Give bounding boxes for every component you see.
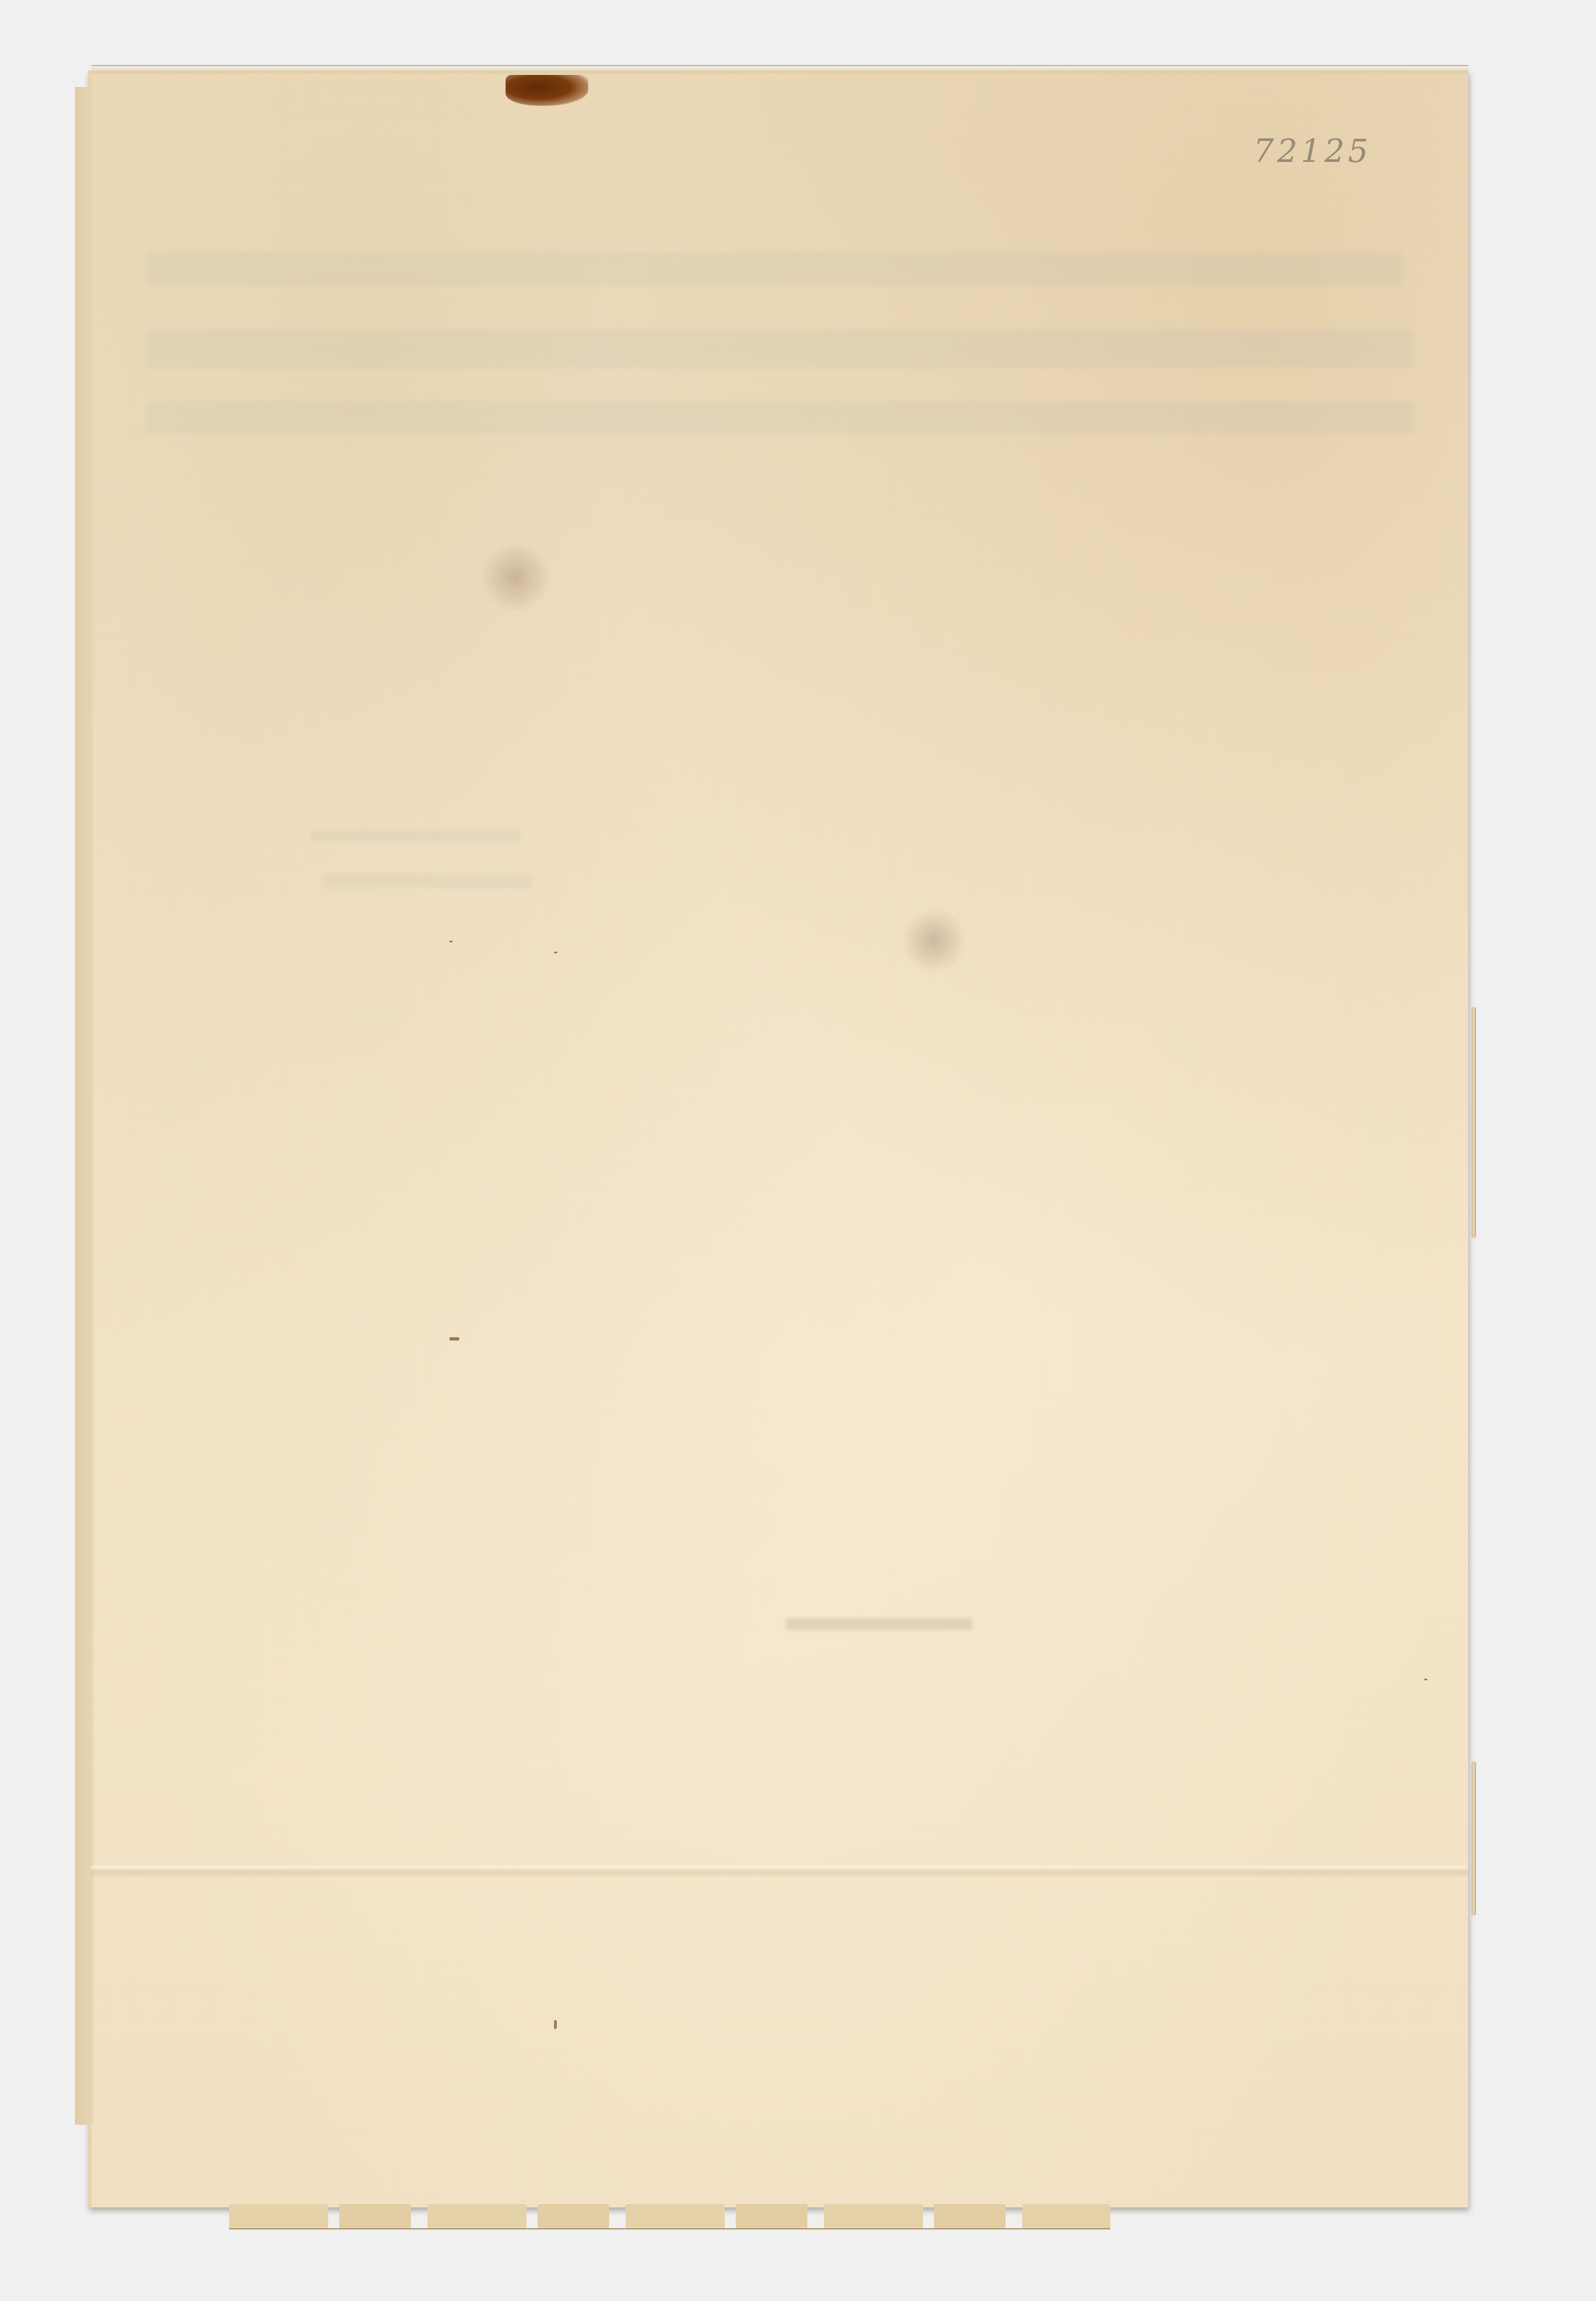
show-through-line — [312, 831, 521, 842]
fold-line — [91, 1866, 1468, 1878]
show-through-line — [146, 401, 1413, 434]
binding-thread — [1472, 1007, 1476, 1238]
rust-stain — [506, 75, 588, 106]
show-through-line — [323, 875, 532, 888]
torn-top-edge — [91, 65, 1468, 74]
paper-speck — [554, 952, 557, 953]
show-through-line — [146, 252, 1402, 285]
paper-speck — [449, 1337, 459, 1341]
catalog-number: 72125 — [1253, 132, 1372, 170]
paper-speck — [1424, 1679, 1427, 1680]
smudge-mark — [901, 908, 967, 974]
smudge-mark — [477, 544, 554, 610]
deckled-bottom-edge — [229, 2204, 1110, 2229]
paper-speck — [554, 2020, 557, 2029]
show-through-line — [785, 1618, 973, 1630]
document-page: 72125 — [88, 70, 1468, 2207]
paper-speck — [449, 941, 453, 942]
deckled-left-edge — [75, 87, 94, 2125]
binding-thread — [1472, 1761, 1476, 1915]
show-through-line — [146, 329, 1413, 368]
